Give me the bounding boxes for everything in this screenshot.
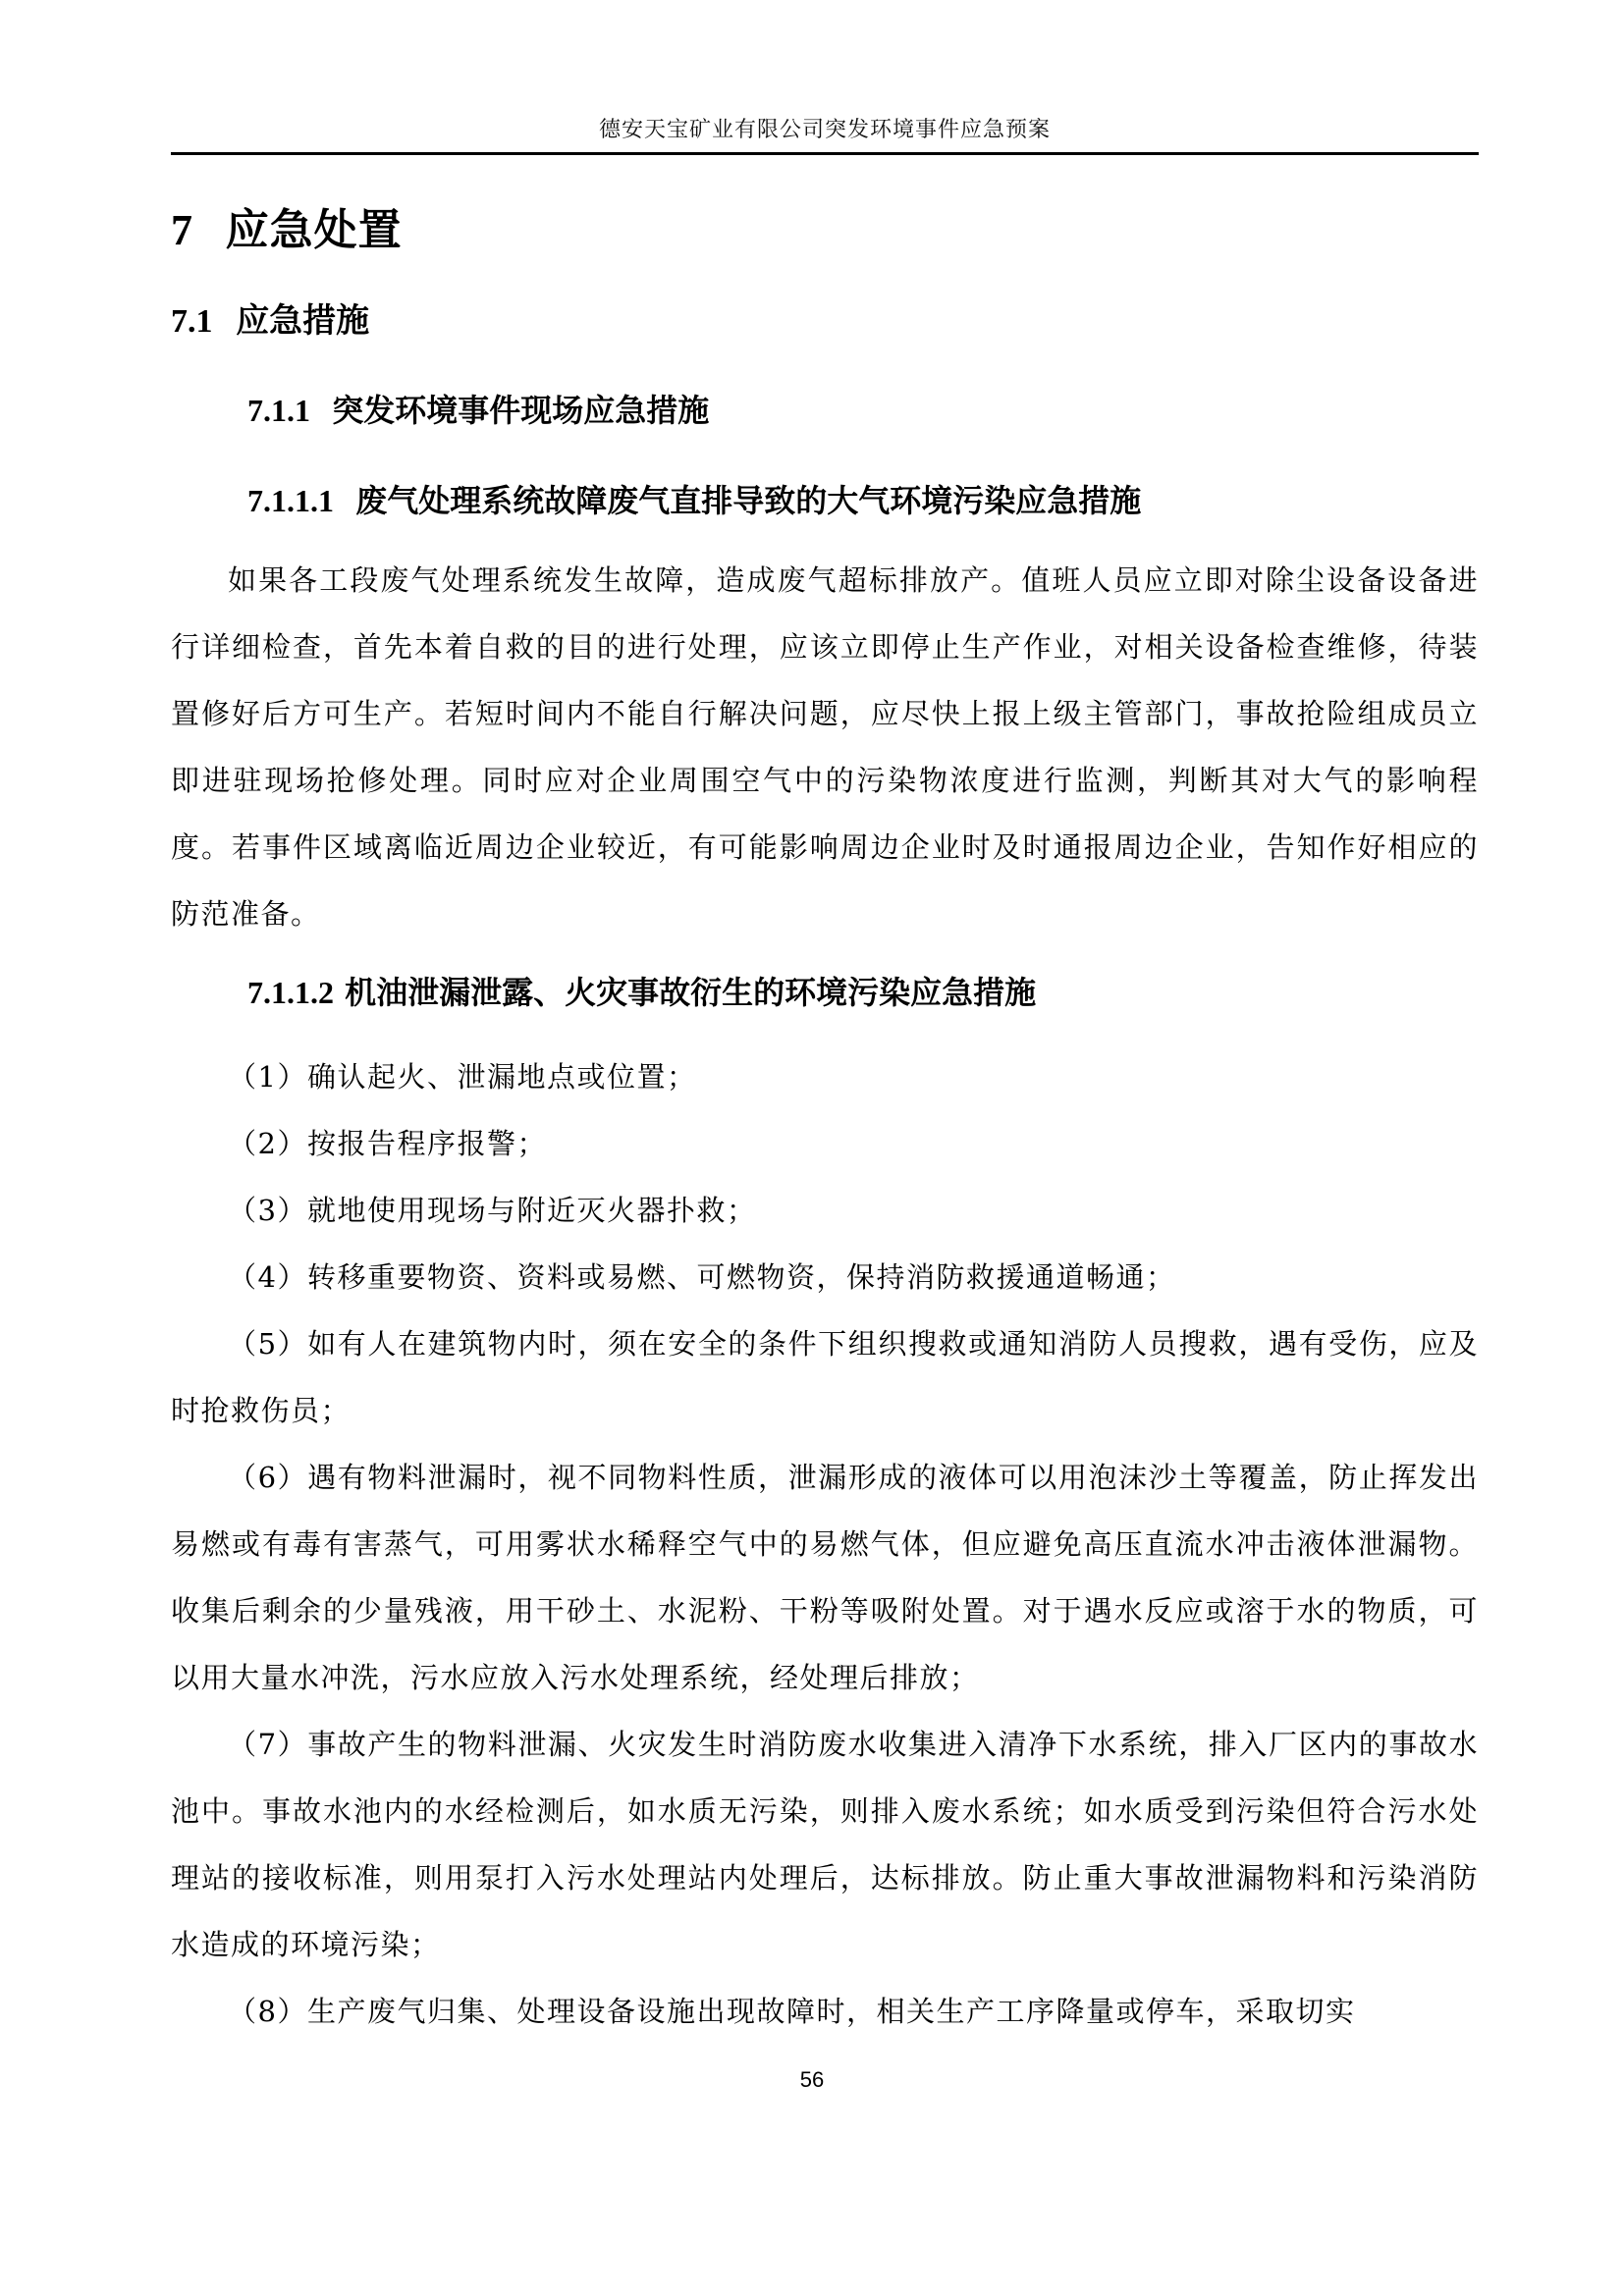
section-number: 7	[171, 206, 193, 254]
section-heading: 7 应急处置	[171, 201, 403, 260]
subsection-heading: 7.1 应急措施	[171, 296, 369, 347]
subsection-title: 应急措施	[236, 301, 369, 341]
section-title: 应急处置	[226, 205, 403, 255]
list-item: （6）遇有物料泄漏时，视不同物料性质，泄漏形成的液体可以用泡沫沙土等覆盖，防止挥…	[171, 1444, 1479, 1711]
list-item: （7）事故产生的物料泄漏、火灾发生时消防废水收集进入清净下水系统，排入厂区内的事…	[171, 1711, 1479, 1978]
block-title: 机油泄漏泄露、火灾事故衍生的环境污染应急措施	[345, 974, 1036, 1011]
list-item: （1）确认起火、泄漏地点或位置；	[171, 1043, 1479, 1110]
block-title: 废气处理系统故障废气直排导致的大气环境污染应急措施	[355, 482, 1141, 519]
subsection-number: 7.1	[171, 303, 213, 340]
list-item: （4）转移重要物资、资料或易燃、可燃物资，保持消防救援通道畅通；	[171, 1244, 1479, 1310]
subsubsection-title: 突发环境事件现场应急措施	[332, 392, 709, 429]
list-item: （5）如有人在建筑物内时，须在安全的条件下组织搜救或通知消防人员搜救，遇有受伤，…	[171, 1310, 1479, 1444]
subsubsection-heading: 7.1.1 突发环境事件现场应急措施	[247, 388, 709, 433]
block-number: 7.1.1.2	[247, 975, 334, 1010]
list-item: （8）生产废气归集、处理设备设施出现故障时，相关生产工序降量或停车，采取切实	[171, 1978, 1479, 2045]
paragraph-air-pollution-measures: 如果各工段废气处理系统发生故障，造成废气超标排放产。值班人员应立即对除尘设备设备…	[171, 547, 1479, 947]
header-divider	[171, 152, 1479, 155]
list-item: （2）按报告程序报警；	[171, 1110, 1479, 1177]
block-heading-oil-leak-fire: 7.1.1.2 机油泄漏泄露、火灾事故衍生的环境污染应急措施	[247, 970, 1036, 1015]
list-item: （3）就地使用现场与附近灭火器扑救；	[171, 1177, 1479, 1244]
block-heading-air-pollution: 7.1.1.1 废气处理系统故障废气直排导致的大气环境污染应急措施	[247, 478, 1141, 523]
running-header: 德安天宝矿业有限公司突发环境事件应急预案	[171, 116, 1479, 145]
page-number: 56	[0, 2067, 1624, 2093]
subsubsection-number: 7.1.1	[247, 393, 310, 428]
block-number: 7.1.1.1	[247, 483, 334, 518]
